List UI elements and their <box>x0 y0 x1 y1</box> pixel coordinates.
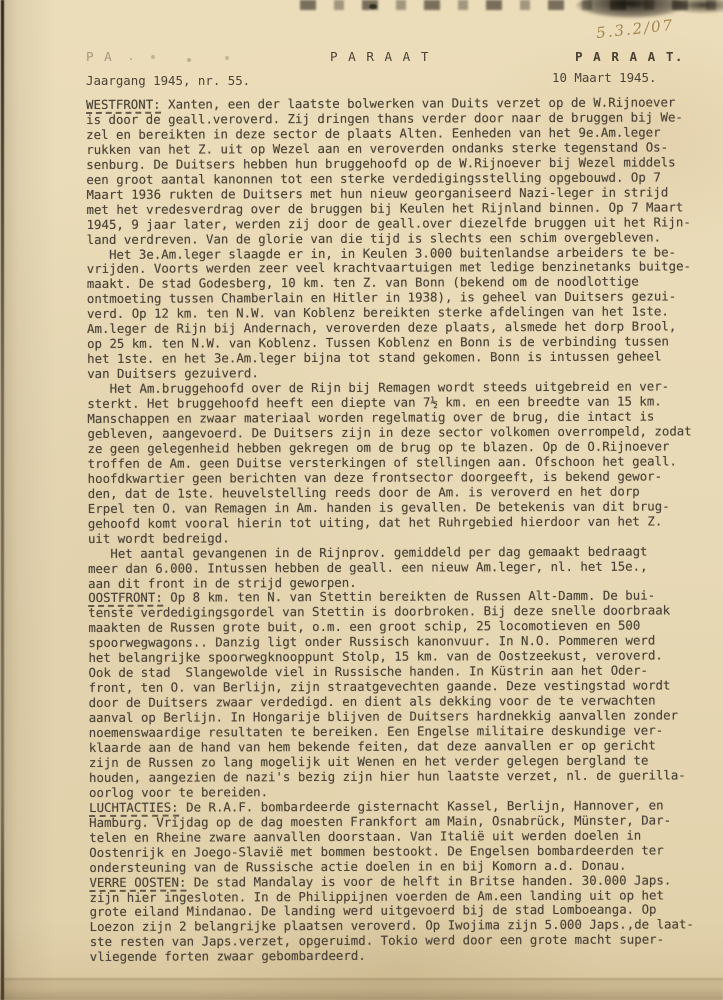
document-page: 5.3.2/07 P A P A R A A T P A R A A T. Ja… <box>0 0 723 1000</box>
section-westfront: WESTFRONT: Xanten, een der laatste bolwe… <box>86 95 718 591</box>
scan-edge-left <box>1 0 4 1000</box>
issue-date: 10 Maart 1945. <box>552 70 656 85</box>
masthead-left-faded: P A <box>86 49 113 64</box>
masthead-title: P A R A A T <box>330 49 430 64</box>
section-text-westfront: Xanten, een der laatste bolwerken van Du… <box>86 94 692 590</box>
scan-smudge-dot <box>369 4 377 9</box>
scan-edge-bottom <box>0 978 723 1000</box>
archive-annotation: 5.3.2/07 <box>595 16 675 42</box>
issue-volume: Jaargang 1945, nr. 55. <box>86 73 250 88</box>
faded-ink-dots <box>130 58 132 60</box>
section-verre-oosten: VERRE OOSTEN: De stad Mandalay is voor d… <box>89 873 719 965</box>
article-body: WESTFRONT: Xanten, een der laatste bolwe… <box>86 95 720 965</box>
section-oostfront: OOSTFRONT: Op 8 km. ten N. van Stettin b… <box>88 589 719 801</box>
section-text-oostfront: Op 8 km. ten N. van Stettin bereikten de… <box>88 588 686 800</box>
section-luchtacties: LUCHTACTIES: De R.A.F. bombardeerde gist… <box>89 798 719 876</box>
masthead-title-right: P A R A A T. <box>575 49 684 64</box>
